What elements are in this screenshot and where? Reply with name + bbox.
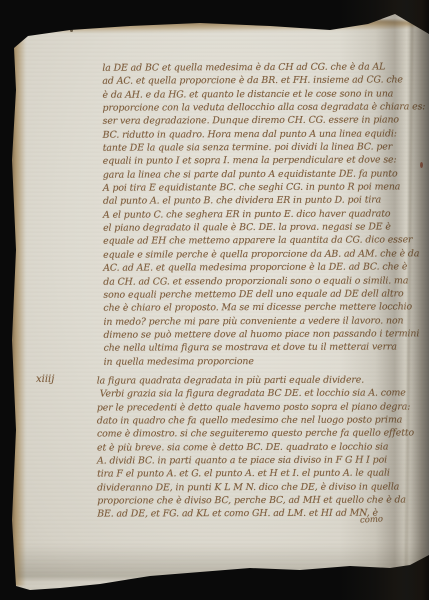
page-top-edge: [16, 18, 420, 34]
manuscript-paragraph-second: la figura quadrata degradata in più part…: [97, 373, 415, 521]
manuscript-paragraph-first: la DE ad BC et quella medesima è da CH a…: [102, 60, 426, 368]
ink-speck: [70, 29, 73, 32]
margin-note-numeral: xiiij: [36, 374, 54, 385]
photograph-background: la DE ad BC et quella medesima è da CH a…: [0, 0, 429, 600]
manuscript-page: la DE ad BC et quella medesima è da CH a…: [0, 0, 429, 600]
catchword: como: [360, 514, 384, 525]
page-bottom-shadow: [16, 545, 426, 579]
page-left-deckle-edge: [10, 30, 26, 586]
